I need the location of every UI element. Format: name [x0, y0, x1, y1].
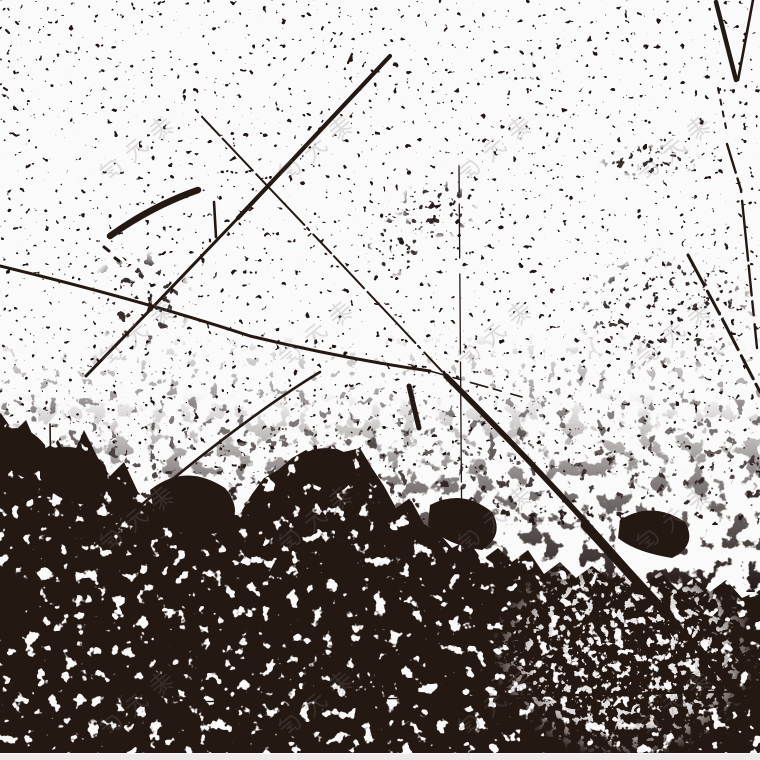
noise-cluster-390-240 — [362, 212, 426, 278]
bottom-edge-strip — [0, 754, 760, 760]
grunge-texture-image — [0, 0, 760, 760]
texture-canvas — [0, 0, 760, 760]
